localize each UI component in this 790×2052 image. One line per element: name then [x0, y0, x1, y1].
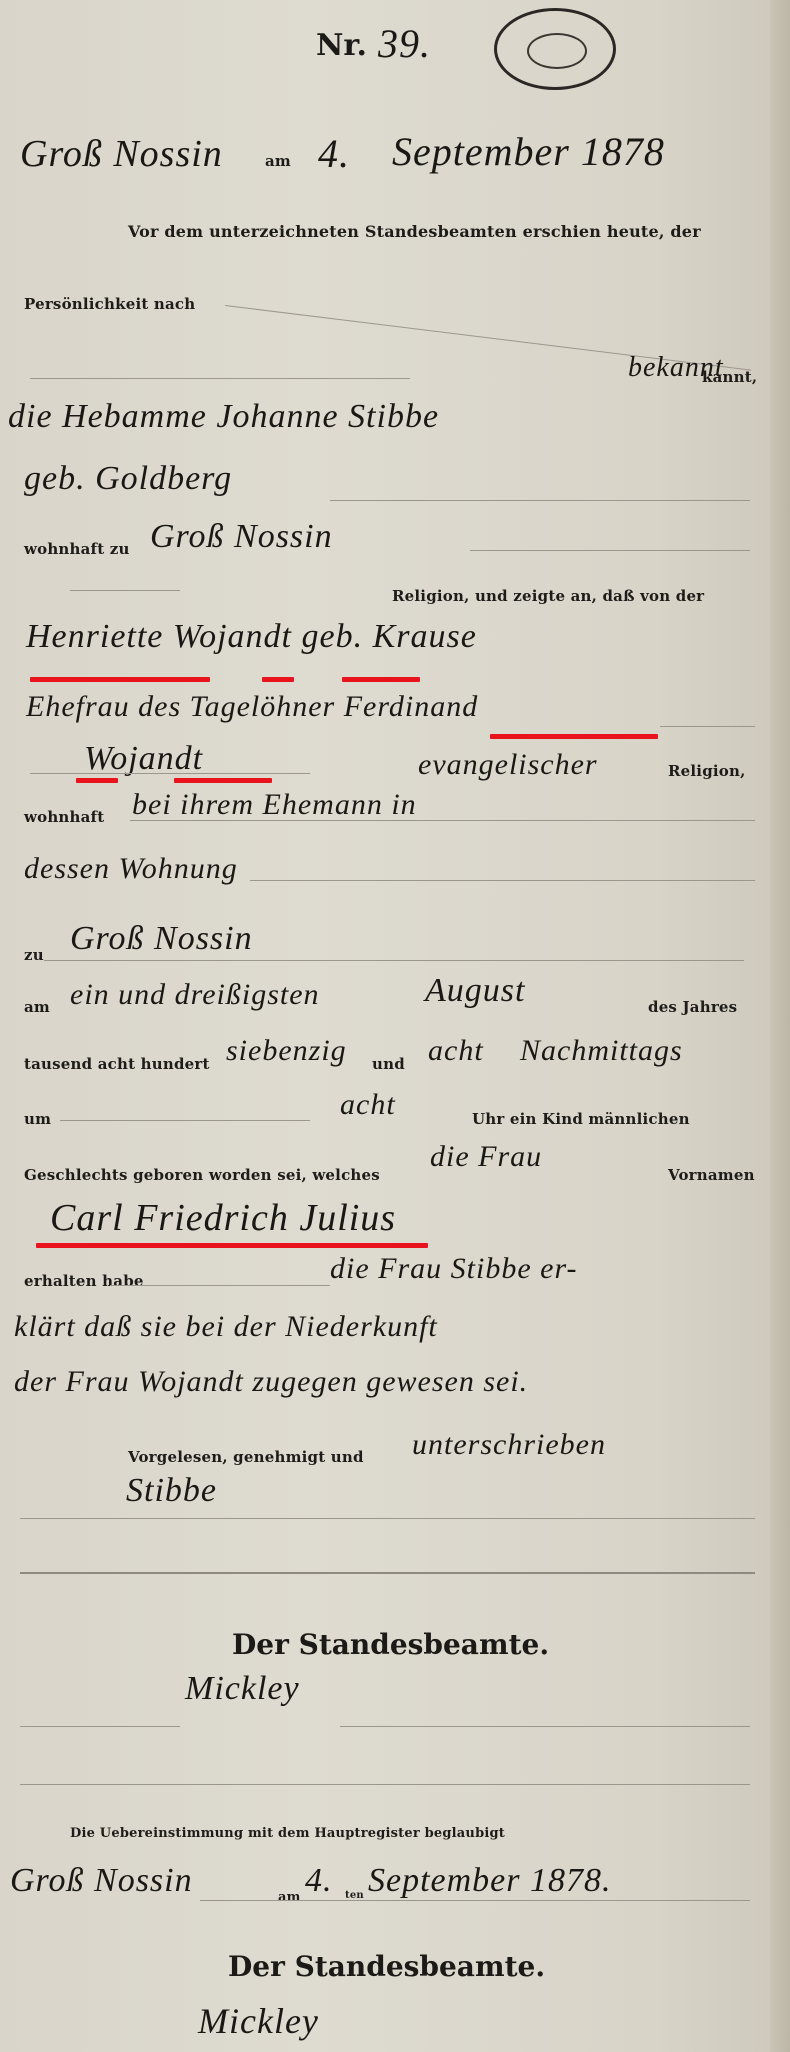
- mother-residence-label: wohnhaft: [24, 808, 104, 826]
- highlight-underline: [490, 734, 658, 739]
- blank-line: [44, 960, 744, 961]
- record-month-year: September 1878: [392, 128, 665, 175]
- highlight-underline: [30, 677, 210, 682]
- certification-text: Die Uebereinstimmung mit dem Hauptregist…: [70, 1826, 505, 1841]
- certification-place: Groß Nossin: [10, 1862, 193, 1900]
- registrar-title: Der Standesbeamte.: [228, 1950, 545, 1983]
- blank-line: [20, 1784, 750, 1785]
- informant-residence-label: wohnhaft zu: [24, 540, 130, 558]
- intro-text: Vor dem unterzeichneten Standesbeamten e…: [128, 222, 701, 241]
- certification-month-year: September 1878.: [368, 1862, 612, 1900]
- religion-text: Religion, und zeigte an, daß von der: [392, 587, 704, 605]
- registrar-signature: Mickley: [185, 1670, 300, 1708]
- blank-line: [200, 1900, 750, 1901]
- highlight-underline: [342, 677, 420, 682]
- read-approved-signed-label: Vorgelesen, genehmigt und: [128, 1448, 364, 1466]
- statement-line-1: die Frau Stibbe er-: [330, 1252, 578, 1286]
- religion-label: Religion,: [668, 762, 746, 780]
- highlight-underline: [262, 677, 294, 682]
- record-day: 4.: [318, 130, 350, 177]
- highlight-underline: [76, 778, 118, 783]
- informant-residence: Groß Nossin: [150, 518, 333, 556]
- known-print: kannt,: [702, 368, 757, 386]
- sex-label: Geschlechts geboren worden sei, welches: [24, 1166, 380, 1184]
- blank-line: [250, 880, 755, 881]
- blank-line: [660, 726, 755, 727]
- registrar-signature: Mickley: [198, 2000, 319, 2042]
- signed-hand: unterschrieben: [412, 1428, 606, 1462]
- identity-text: Persönlichkeit nach: [24, 295, 195, 313]
- page-edge-shadow: [770, 0, 790, 2052]
- record-number-label: Nr.: [316, 28, 367, 63]
- informant-born: geb. Goldberg: [24, 460, 232, 498]
- section-divider: [20, 1572, 755, 1574]
- uhr-label: Uhr ein Kind männlichen: [472, 1110, 690, 1128]
- blank-line: [60, 1120, 310, 1121]
- blank-line: [30, 773, 310, 774]
- mother-residence-2: dessen Wohnung: [24, 852, 238, 886]
- vornamen-hand: die Frau: [430, 1140, 542, 1174]
- mother-relation: Ehefrau des Tagelöhner Ferdinand: [26, 690, 478, 724]
- mother-residence: bei ihrem Ehemann in: [132, 788, 417, 822]
- stamp-inner-ring: [527, 33, 587, 69]
- certification-day: 4.: [305, 1862, 333, 1900]
- blank-line: [110, 1285, 330, 1286]
- am-label: am: [278, 1890, 301, 1905]
- am-label: am: [265, 152, 291, 170]
- birth-place: Groß Nossin: [70, 920, 253, 958]
- informant-name: die Hebamme Johanne Stibbe: [8, 398, 439, 436]
- um-label: um: [24, 1110, 51, 1128]
- erhalten-label: erhalten habe: [24, 1272, 144, 1290]
- mother-name: Henriette Wojandt geb. Krause: [26, 618, 477, 656]
- birth-day: ein und dreißigsten: [70, 978, 320, 1012]
- birth-time-of-day: Nachmittags: [520, 1034, 683, 1068]
- document-page: Nr. 39. Groß Nossin am 4. September 1878…: [0, 0, 770, 2052]
- child-name: Carl Friedrich Julius: [50, 1196, 396, 1240]
- blank-line: [70, 590, 180, 591]
- blank-line: [340, 1726, 750, 1727]
- zu-label: zu: [24, 946, 44, 964]
- blank-line: [330, 500, 750, 501]
- und-label: und: [372, 1055, 405, 1073]
- statement-line-3: der Frau Wojandt zugegen gewesen sei.: [14, 1365, 528, 1399]
- record-place: Groß Nossin: [20, 132, 223, 176]
- highlight-underline-child-name: [36, 1243, 428, 1248]
- blank-line: [20, 1726, 180, 1727]
- record-number-value: 39.: [378, 20, 431, 67]
- blank-line: [20, 1518, 755, 1519]
- informant-mark: Stibbe: [126, 1472, 217, 1510]
- registrar-title: Der Standesbeamte.: [232, 1628, 549, 1661]
- blank-line: [470, 550, 750, 551]
- birth-hour: acht: [340, 1088, 396, 1122]
- mother-religion: evangelischer: [418, 748, 598, 782]
- tausend-label: tausend acht hundert: [24, 1055, 210, 1073]
- official-seal-stamp-icon: [494, 8, 616, 90]
- statement-line-2: klärt daß sie bei der Niederkunft: [14, 1310, 438, 1344]
- am-label: am: [24, 998, 50, 1016]
- highlight-underline: [174, 778, 272, 783]
- blank-line: [130, 820, 755, 821]
- birth-year-units: acht: [428, 1034, 484, 1068]
- blank-line: [30, 378, 410, 379]
- birth-month: August: [425, 972, 525, 1010]
- vornamen-label: Vornamen: [668, 1166, 755, 1184]
- des-jahres-label: des Jahres: [648, 998, 737, 1016]
- birth-year-tens: siebenzig: [226, 1034, 347, 1068]
